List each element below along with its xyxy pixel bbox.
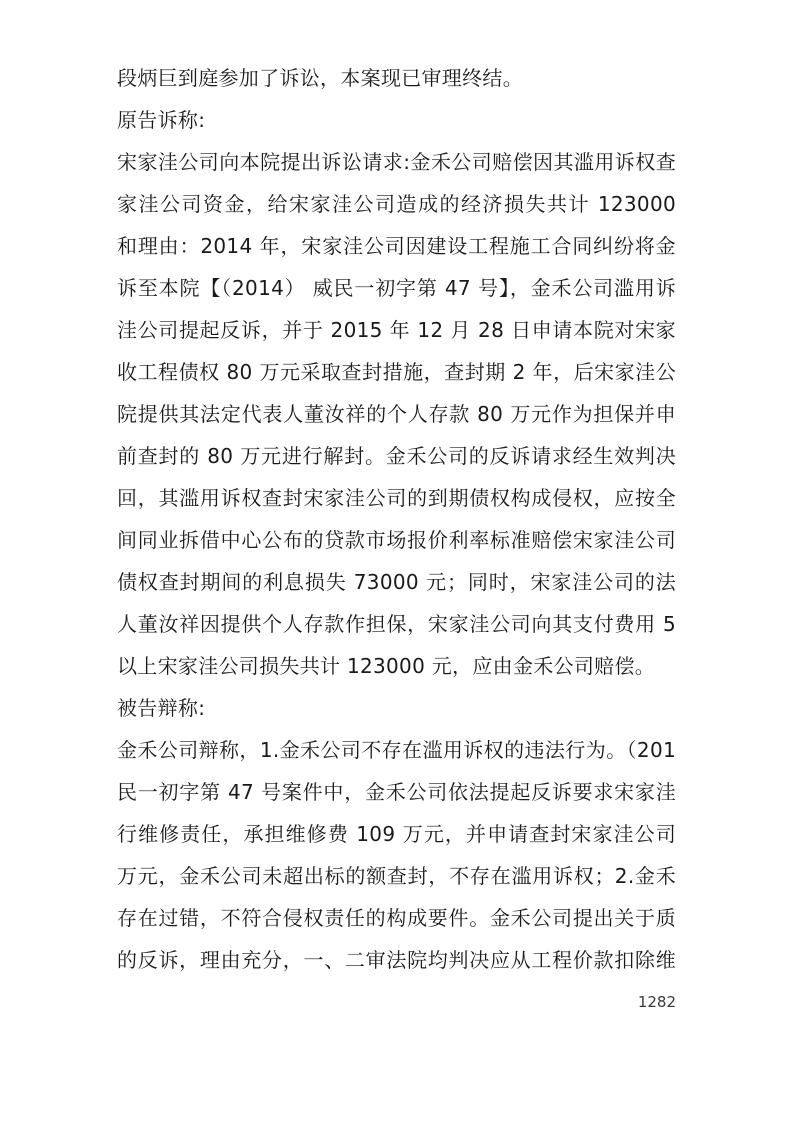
text-line: 间同业拆借中心公布的贷款市场报价利率标准赔偿宋家洼公司到期 — [117, 519, 676, 561]
text-line: 人董汝祥因提供个人存款作担保，宋家洼公司向其支付费用 5 万元。 — [117, 603, 676, 645]
text-line: 诉至本院【（2014） 威民一初字第 47 号】，金禾公司滥用诉权对宋家 — [117, 267, 676, 309]
text-line: 以上宋家洼公司损失共计 123000 元，应由金禾公司赔偿。 — [117, 645, 676, 687]
text-line: 宋家洼公司向本院提出诉讼请求:金禾公司赔偿因其滥用诉权查封宋 — [117, 141, 676, 183]
text-line: 债权查封期间的利息损失 73000 元；同时，宋家洼公司的法定代表 — [117, 561, 676, 603]
text-line: 和理由：2014 年，宋家洼公司因建设工程施工合同纠纷将金禾公司 — [117, 225, 676, 267]
text-line: 收工程债权 80 万元采取查封措施，查封期 2 年，后宋家洼公司向本 — [117, 351, 676, 393]
text-line: 民一初字第 47 号案件中，金禾公司依法提起反诉要求宋家洼公司履 — [117, 771, 676, 813]
text-line: 院提供其法定代表人董汝祥的个人存款 80 万元作为担保并申请对之 — [117, 393, 676, 435]
text-line: 存在过错，不符合侵权责任的构成要件。金禾公司提出关于质量问题 — [117, 897, 676, 939]
text-line: 行维修责任，承担维修费 109 万元，并申请查封宋家洼公司债权 80 — [117, 813, 676, 855]
page-number: 1282 — [638, 992, 676, 1012]
text-line: 前查封的 80 万元进行解封。金禾公司的反诉请求经生效判决予以驳 — [117, 435, 676, 477]
text-line: 回，其滥用诉权查封宋家洼公司的到期债权构成侵权，应按全国银行 — [117, 477, 676, 519]
text-line: 金禾公司辩称，1.金禾公司不存在滥用诉权的违法行为。（2014） 威 — [117, 729, 676, 771]
paragraph-heading-plaintiff-claims: 原告诉称: — [117, 99, 676, 141]
text-line: 万元，金禾公司未超出标的额查封，不存在滥用诉权；2.金禾公司不 — [117, 855, 676, 897]
paragraph-heading-defendant-defense: 被告辩称: — [117, 687, 676, 729]
document-text: 段炳巨到庭参加了诉讼，本案现已审理终结。 原告诉称: 宋家洼公司向本院提出诉讼请… — [117, 57, 676, 981]
text-line: 家洼公司资金，给宋家洼公司造成的经济损失共计 123000 元。事实 — [117, 183, 676, 225]
document-page: 段炳巨到庭参加了诉讼，本案现已审理终结。 原告诉称: 宋家洼公司向本院提出诉讼请… — [0, 0, 793, 1122]
text-line: 洼公司提起反诉，并于 2015 年 12 月 28 日申请本院对宋家洼公司应 — [117, 309, 676, 351]
text-line: 的反诉，理由充分，一、二审法院均判决应从工程价款扣除维修费用， — [117, 939, 676, 981]
text-line: 段炳巨到庭参加了诉讼，本案现已审理终结。 — [117, 57, 676, 99]
